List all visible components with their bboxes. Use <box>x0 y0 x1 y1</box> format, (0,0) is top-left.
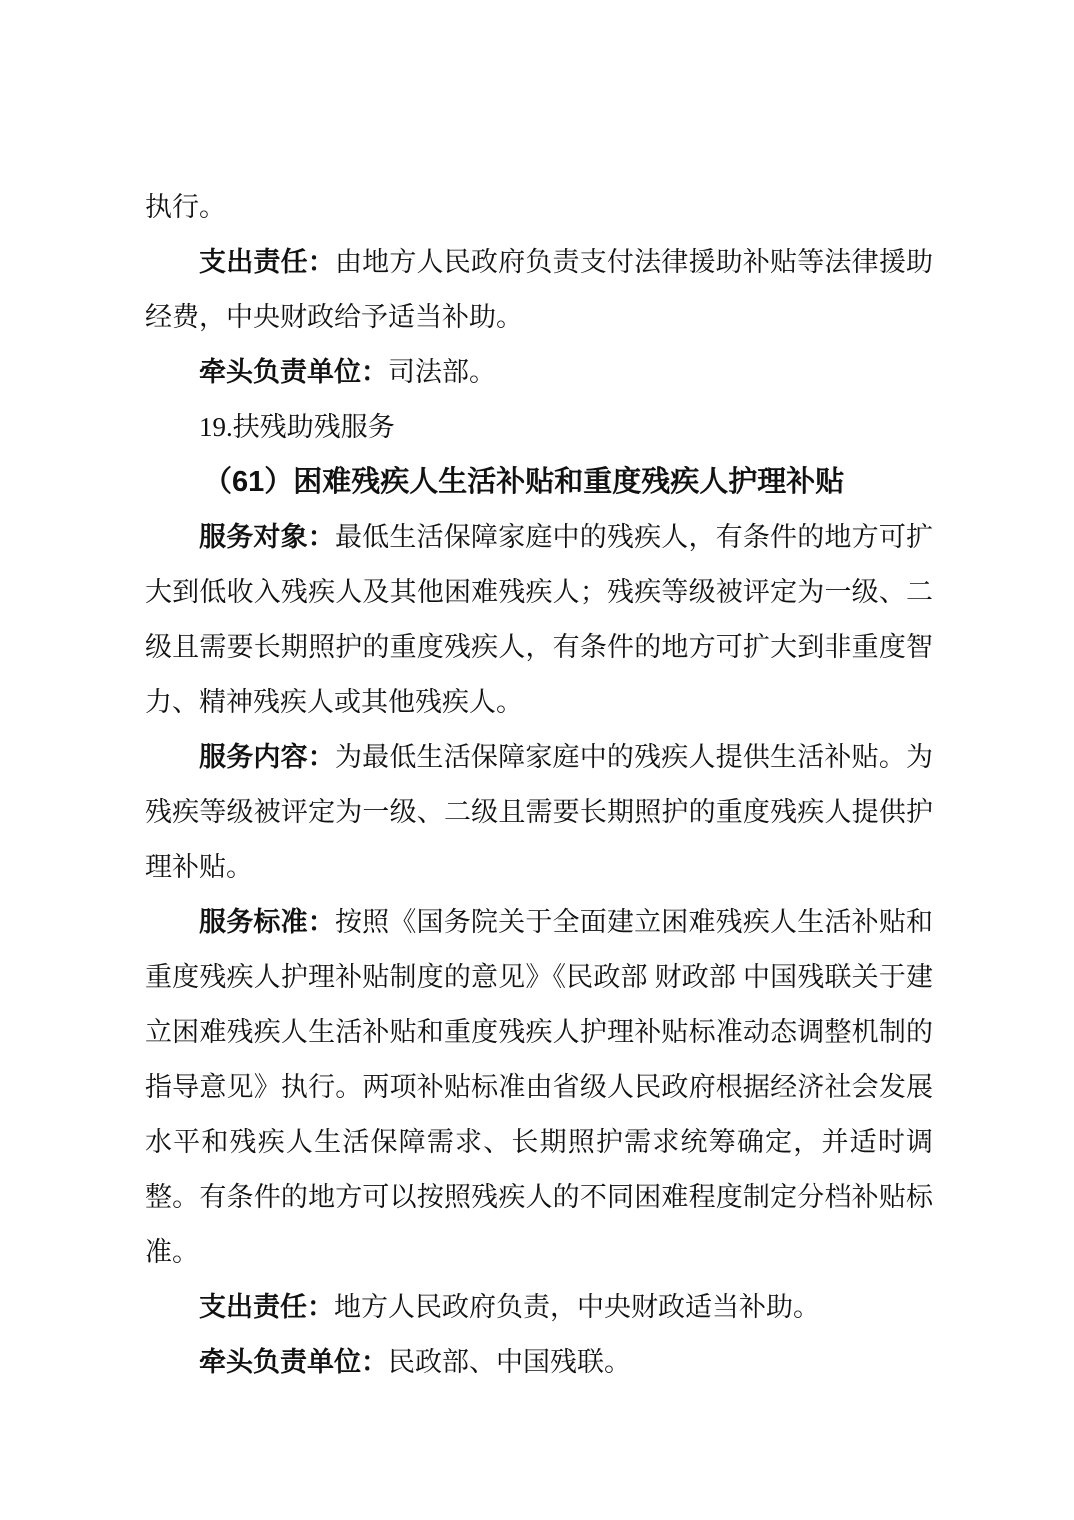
paragraph-continuation: 执行。 <box>145 180 933 235</box>
paragraph-label-expenditure-responsibility: 支出责任： <box>199 247 335 277</box>
paragraph-text: 司法部。 <box>388 357 496 387</box>
paragraph-service-content: 服务内容：为最低生活保障家庭中的残疾人提供生活补贴。为残疾等级被评定为一级、二级… <box>145 730 933 895</box>
paragraph-label-expenditure-responsibility: 支出责任： <box>199 1292 334 1322</box>
subsection-heading-61: （61）困难残疾人生活补贴和重度残疾人护理补贴 <box>145 455 933 510</box>
paragraph-lead-unit-justice: 牵头负责单位：司法部。 <box>145 345 933 400</box>
section-item-19-title: 19.扶残助残服务 <box>145 400 933 455</box>
paragraph-label-lead-unit: 牵头负责单位： <box>199 357 388 387</box>
paragraph-text: 民政部、中国残联。 <box>388 1347 631 1377</box>
paragraph-text: 地方人民政府负责，中央财政适当补助。 <box>334 1292 820 1322</box>
document-content: 执行。 支出责任：由地方人民政府负责支付法律援助补贴等法律援助经费，中央财政给予… <box>145 180 933 1390</box>
paragraph-text: 执行。 <box>145 192 226 222</box>
paragraph-text: 按照《国务院关于全面建立困难残疾人生活补贴和重度残疾人护理补贴制度的意见》《民政… <box>145 907 933 1267</box>
paragraph-service-target: 服务对象：最低生活保障家庭中的残疾人，有条件的地方可扩大到低收入残疾人及其他困难… <box>145 510 933 730</box>
paragraph-label-service-content: 服务内容： <box>199 742 335 772</box>
paragraph-lead-unit-civil-affairs: 牵头负责单位：民政部、中国残联。 <box>145 1335 933 1390</box>
paragraph-label-lead-unit: 牵头负责单位： <box>199 1347 388 1377</box>
document-page: 执行。 支出责任：由地方人民政府负责支付法律援助补贴等法律援助经费，中央财政给予… <box>0 0 1074 1520</box>
paragraph-service-standard: 服务标准：按照《国务院关于全面建立困难残疾人生活补贴和重度残疾人护理补贴制度的意… <box>145 895 933 1280</box>
paragraph-label-service-standard: 服务标准： <box>199 907 335 937</box>
paragraph-expenditure-responsibility-subsidy: 支出责任：地方人民政府负责，中央财政适当补助。 <box>145 1280 933 1335</box>
paragraph-label-service-target: 服务对象： <box>199 522 335 552</box>
section-item-19-text: 19.扶残助残服务 <box>199 412 395 442</box>
subsection-heading-61-text: （61）困难残疾人生活补贴和重度残疾人护理补贴 <box>203 466 844 498</box>
paragraph-expenditure-responsibility-legal-aid: 支出责任：由地方人民政府负责支付法律援助补贴等法律援助经费，中央财政给予适当补助… <box>145 235 933 345</box>
